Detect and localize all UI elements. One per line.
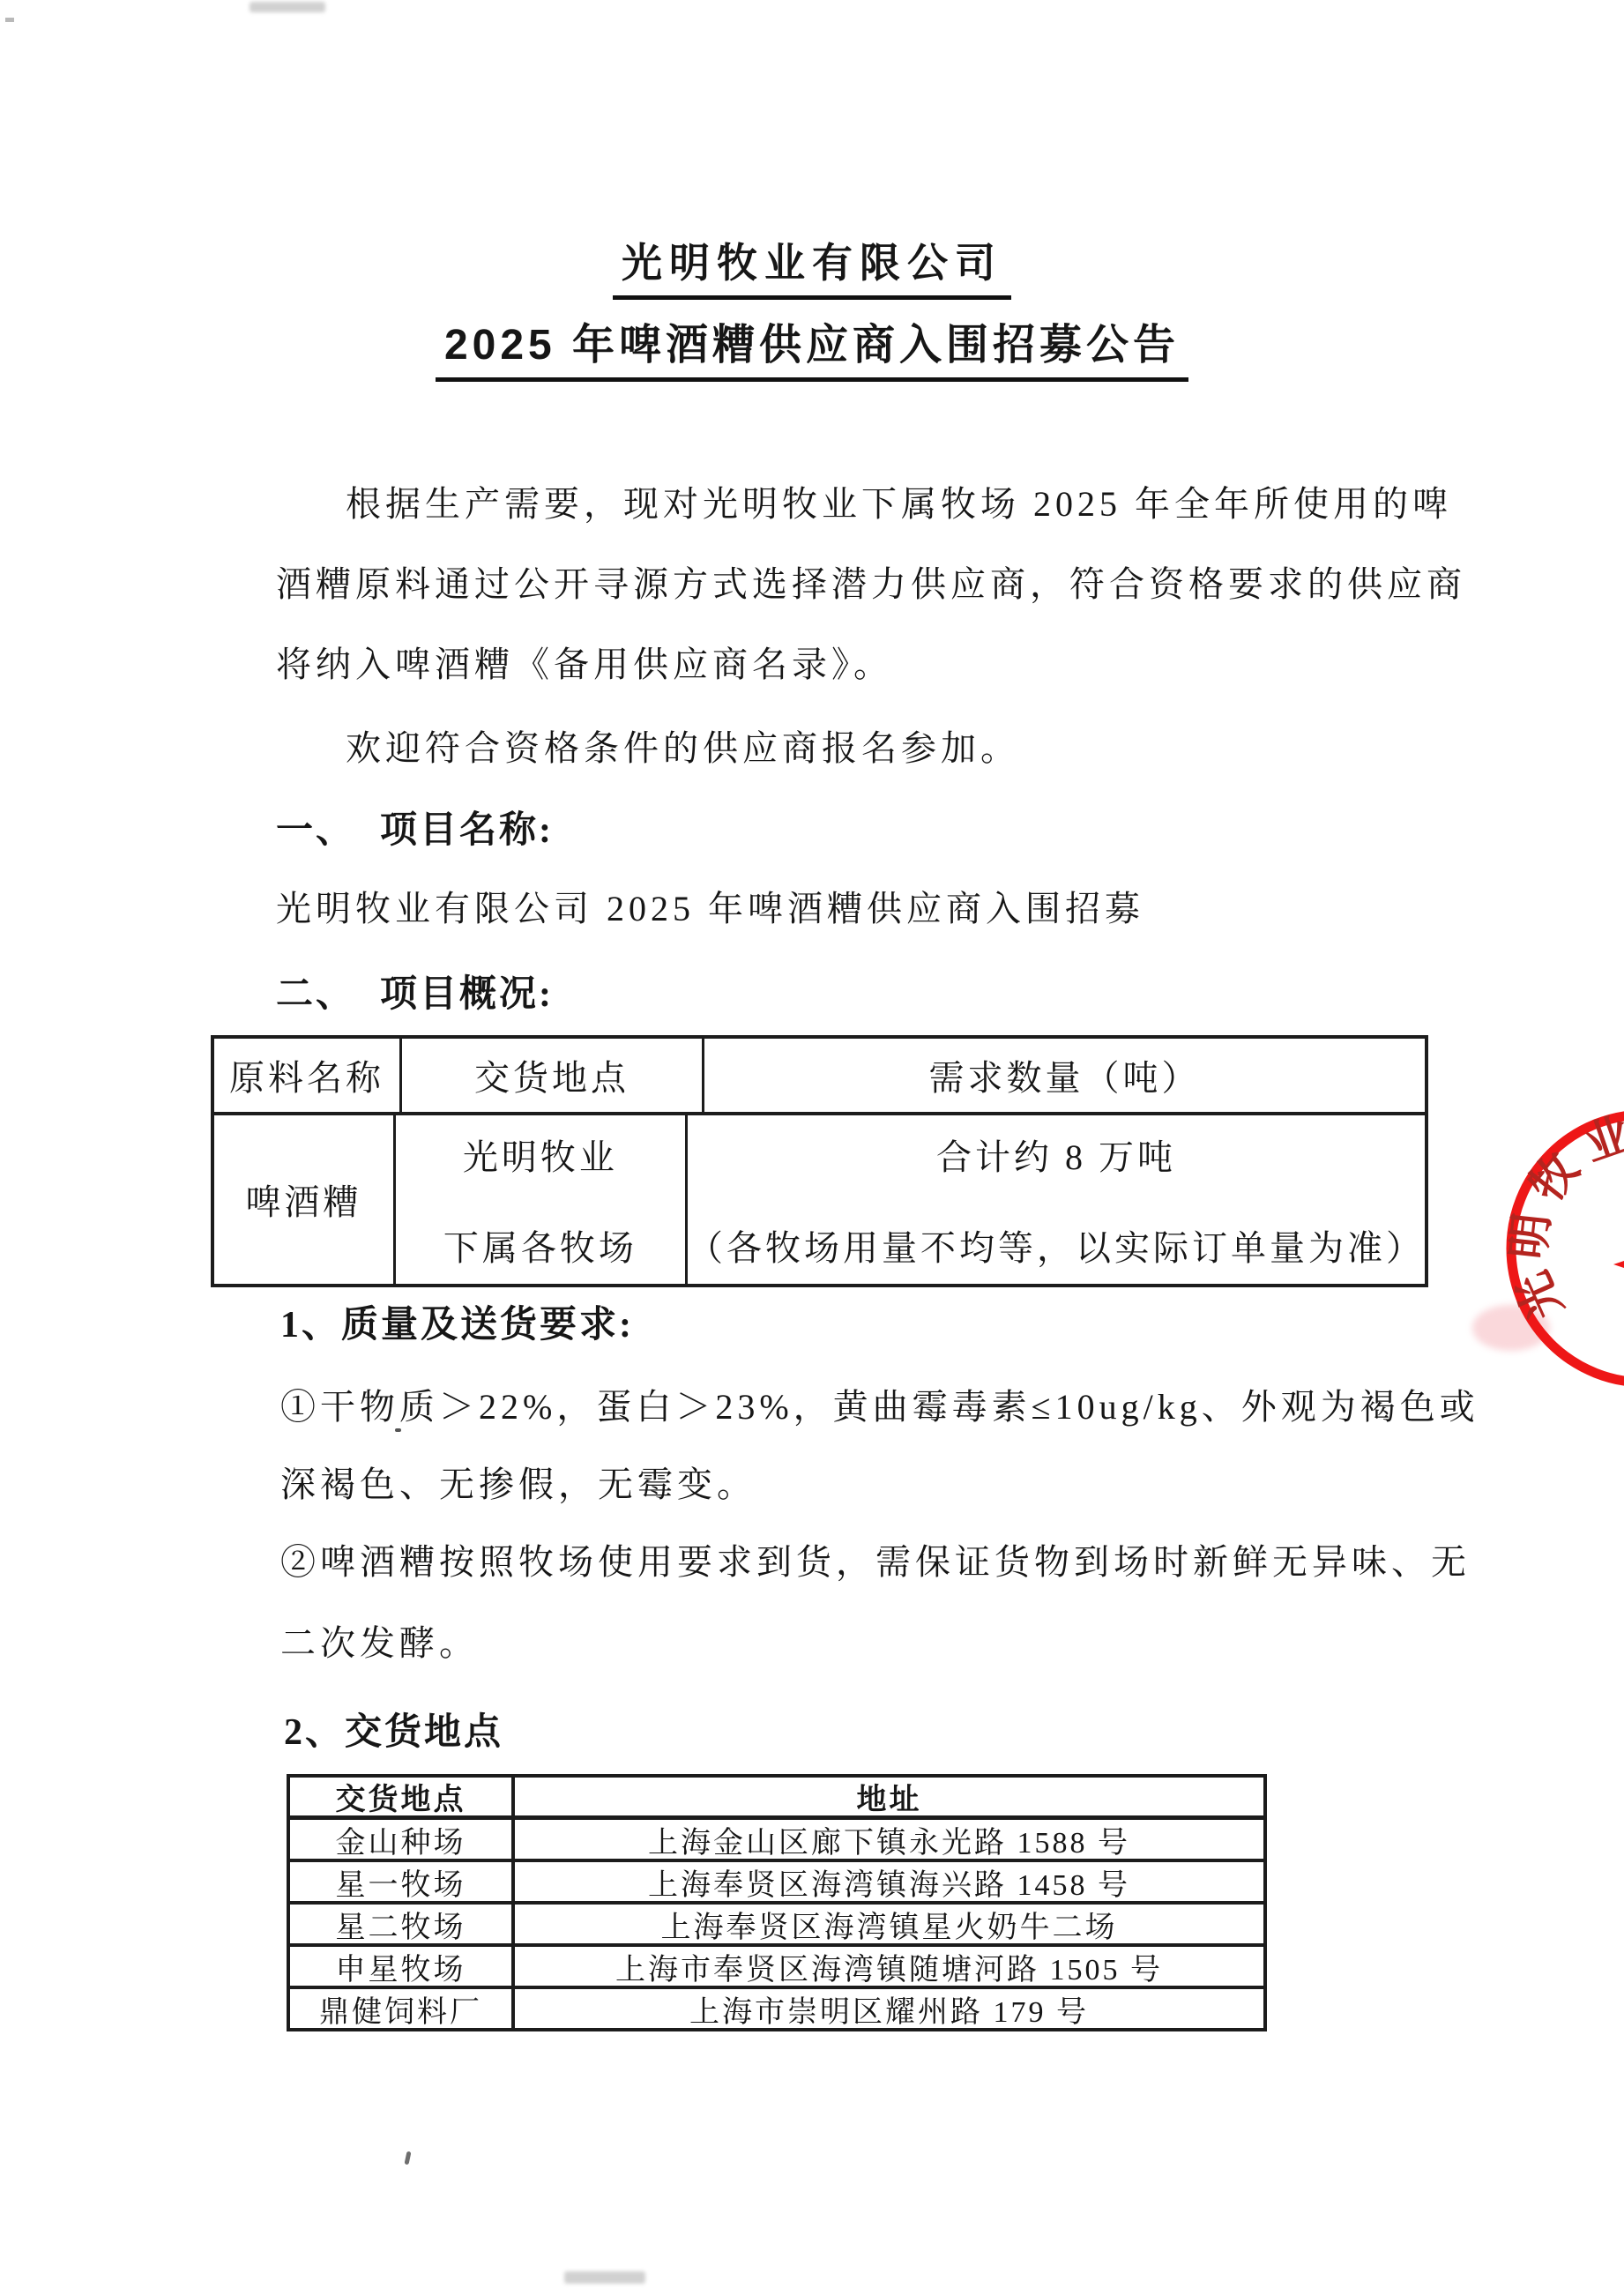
quality-point-2-line-2: 二次发酵。 bbox=[280, 1623, 479, 1664]
table-row: 金山种场 上海金山区廊下镇永光路 1588 号 bbox=[290, 1820, 1263, 1862]
section-2-title: 项目概况: bbox=[380, 974, 554, 1015]
quantity-line-2: （各牧场用量不均等，以实际订单量为准） bbox=[688, 1220, 1425, 1271]
document-page: 光明牧业有限公司 2025 年啤酒糟供应商入围招募公告 根据生产需要，现对光明牧… bbox=[0, 0, 1624, 2296]
quality-point-1-line-1: ①干物质＞22%，蛋白＞23%，黄曲霉毒素≤10ug/kg、外观为褐色或 bbox=[280, 1387, 1479, 1428]
table-row: 星二牧场 上海奉贤区海湾镇星火奶牛二场 bbox=[290, 1905, 1263, 1947]
project-table-header-location: 交货地点 bbox=[402, 1039, 704, 1112]
location-address: 上海奉贤区海湾镇海兴路 1458 号 bbox=[515, 1862, 1263, 1901]
delivery-header-address: 地址 bbox=[515, 1778, 1263, 1815]
location-address: 上海市崇明区耀州路 179 号 bbox=[515, 1989, 1263, 2028]
table-row: 申星牧场 上海市奉贤区海湾镇随塘河路 1505 号 bbox=[290, 1947, 1263, 1989]
project-overview-table: 原料名称 交货地点 需求数量（吨） 啤酒糟 光明牧业 下属各牧场 合计约 8 万… bbox=[211, 1035, 1428, 1287]
delivery-heading: 2、交货地点 bbox=[284, 1711, 503, 1754]
seal-star-icon bbox=[1598, 1179, 1624, 1338]
delivery-locations-table: 交货地点 地址 金山种场 上海金山区廊下镇永光路 1588 号 星一牧场 上海奉… bbox=[287, 1774, 1267, 2031]
project-table-header-material: 原料名称 bbox=[214, 1039, 402, 1112]
scan-artifact-corner bbox=[5, 18, 14, 22]
location-name: 申星牧场 bbox=[290, 1947, 515, 1986]
table-row: 鼎健饲料厂 上海市崇明区耀州路 179 号 bbox=[290, 1989, 1263, 2028]
seal-char-ye: 业 bbox=[1578, 1109, 1624, 1172]
intro-paragraph-line-2: 酒糟原料通过公开寻源方式选择潜力供应商，符合资格要求的供应商 bbox=[276, 564, 1466, 605]
section-1-number: 一、 bbox=[276, 810, 355, 851]
material-cell: 啤酒糟 bbox=[214, 1115, 396, 1284]
section-2-heading: 二、项目概况: bbox=[276, 973, 554, 1016]
section-1-heading: 一、项目名称: bbox=[276, 809, 554, 852]
project-table-header-row: 原料名称 交货地点 需求数量（吨） bbox=[214, 1039, 1425, 1115]
quality-point-1-line-2: 深褐色、无掺假，无霉变。 bbox=[280, 1465, 756, 1505]
location-cell: 光明牧业 下属各牧场 bbox=[396, 1115, 688, 1284]
seal-char-mu: 牧 bbox=[1521, 1144, 1590, 1211]
document-title-line-1: 光明牧业有限公司 bbox=[613, 231, 1011, 300]
location-address: 上海金山区廊下镇永光路 1588 号 bbox=[515, 1820, 1263, 1859]
location-line-1: 光明牧业 bbox=[463, 1129, 618, 1180]
section-2-number: 二、 bbox=[276, 974, 355, 1015]
company-seal-stamp: 光 明 牧 业 bbox=[1464, 1083, 1624, 1444]
scan-artifact-mark bbox=[404, 2151, 411, 2166]
scan-smudge-bottom bbox=[564, 2271, 645, 2284]
intro-paragraph-line-1: 根据生产需要，现对光明牧业下属牧场 2025 年全年所使用的啤 bbox=[276, 484, 1452, 525]
section-1-title: 项目名称: bbox=[380, 810, 554, 851]
document-title-line-2-wrap: 2025 年啤酒糟供应商入围招募公告 bbox=[0, 310, 1624, 382]
scan-smudge-top bbox=[250, 2, 325, 12]
quality-heading: 1、质量及送货要求: bbox=[280, 1304, 634, 1346]
location-name: 鼎健饲料厂 bbox=[290, 1989, 515, 2028]
location-name: 星一牧场 bbox=[290, 1862, 515, 1901]
intro-paragraph-line-3: 将纳入啤酒糟《备用供应商名录》。 bbox=[276, 645, 893, 685]
delivery-header-location: 交货地点 bbox=[290, 1778, 515, 1815]
seal-char-ming: 明 bbox=[1504, 1211, 1559, 1262]
scan-artifact-dot bbox=[395, 1428, 401, 1432]
quantity-line-1: 合计约 8 万吨 bbox=[936, 1129, 1176, 1180]
quantity-cell: 合计约 8 万吨 （各牧场用量不均等，以实际订单量为准） bbox=[688, 1115, 1425, 1284]
project-table-data-row: 啤酒糟 光明牧业 下属各牧场 合计约 8 万吨 （各牧场用量不均等，以实际订单量… bbox=[214, 1115, 1425, 1284]
location-address: 上海市奉贤区海湾镇随塘河路 1505 号 bbox=[515, 1947, 1263, 1986]
document-title-line-1-wrap: 光明牧业有限公司 bbox=[0, 231, 1624, 300]
location-name: 金山种场 bbox=[290, 1820, 515, 1859]
delivery-table-header-row: 交货地点 地址 bbox=[290, 1778, 1263, 1820]
project-name-line: 光明牧业有限公司 2025 年啤酒糟供应商入围招募 bbox=[276, 889, 1144, 929]
welcome-line: 欢迎符合资格条件的供应商报名参加。 bbox=[276, 728, 1020, 769]
location-line-2: 下属各牧场 bbox=[443, 1220, 637, 1271]
location-name: 星二牧场 bbox=[290, 1905, 515, 1943]
project-table-header-quantity: 需求数量（吨） bbox=[704, 1039, 1425, 1112]
quality-point-2-line-1: ②啤酒糟按照牧场使用要求到货，需保证货物到场时新鲜无异味、无 bbox=[280, 1542, 1471, 1583]
location-address: 上海奉贤区海湾镇星火奶牛二场 bbox=[515, 1905, 1263, 1943]
table-row: 星一牧场 上海奉贤区海湾镇海兴路 1458 号 bbox=[290, 1862, 1263, 1905]
document-title-line-2: 2025 年啤酒糟供应商入围招募公告 bbox=[436, 310, 1188, 382]
